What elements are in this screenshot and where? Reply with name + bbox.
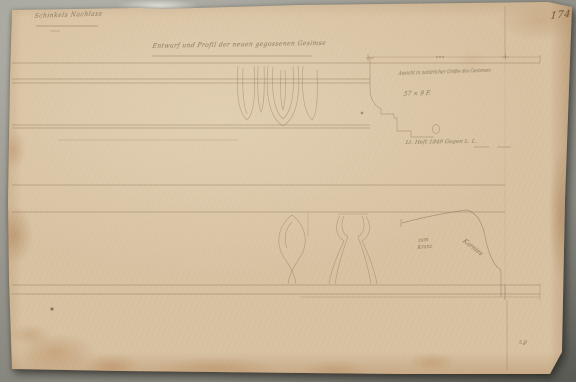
foxing-stains <box>0 0 576 382</box>
archive-number: 1741 <box>550 8 576 22</box>
dimension-note-inscription: 57 × 9 F. <box>403 90 431 98</box>
scale-note-inscription: Ansicht in natürlicher Größe des Gesimse… <box>398 68 491 77</box>
palmette-ornament-sketch <box>279 213 377 284</box>
paper-shadow: Schinkels Nachlass Entwurf und Profil de… <box>0 0 576 382</box>
ruled-lines <box>12 26 540 297</box>
margin-lines <box>505 6 540 370</box>
leaf-ornament-sketch <box>237 66 317 126</box>
sheet-title-inscription: Entwurf und Profil der neuen gegossenen … <box>152 40 327 50</box>
pencil-drawing <box>0 0 576 382</box>
ogee-profile-sketch <box>401 210 505 300</box>
tick-marks <box>368 54 540 63</box>
paper-texture <box>0 0 576 382</box>
reference-note-inscription: Lt. Heft 1849 Gegen L. L. <box>405 139 477 146</box>
corner-note-inscription: 5 9 <box>519 340 527 346</box>
curve-note-inscription: Karnies <box>461 238 484 257</box>
profile-note-inscription: zum Kranz <box>417 236 444 252</box>
scan-photo: Schinkels Nachlass Entwurf und Profil de… <box>0 0 576 382</box>
collection-mark-inscription: Schinkels Nachlass <box>34 11 103 20</box>
drawing-sheet: Schinkels Nachlass Entwurf und Profil de… <box>0 0 576 382</box>
